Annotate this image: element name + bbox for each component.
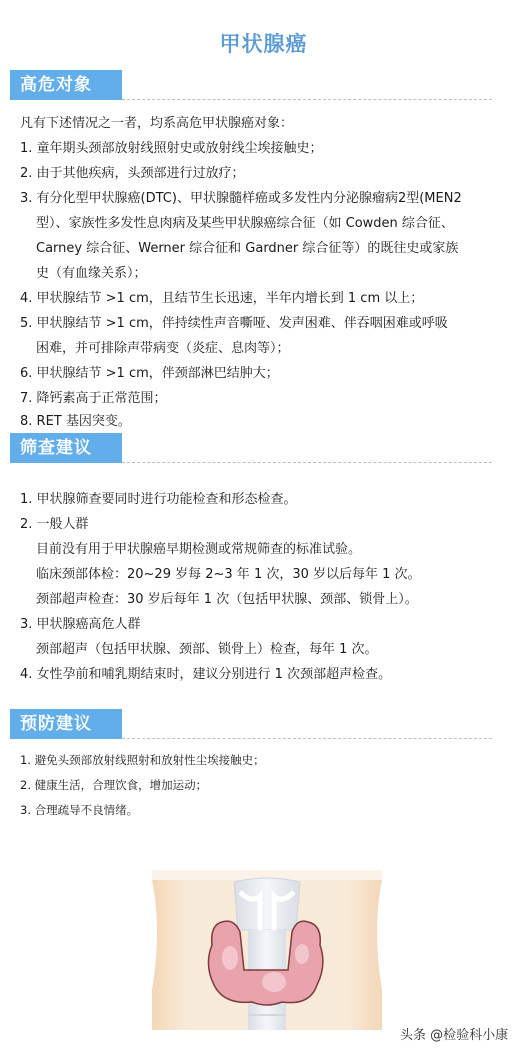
list-item: 3. 合理疏导不良情绪。 xyxy=(20,802,138,818)
list-item: 1. 甲状腺筛查要同时进行功能检查和形态检查。 xyxy=(20,488,297,507)
dashed-divider xyxy=(122,738,492,739)
section-heading-label: 高危对象 xyxy=(10,70,122,100)
list-item: 2. 由于其他疾病，头颈部进行过放疗； xyxy=(20,162,245,181)
list-item: 3. 有分化型甲状腺癌(DTC)、甲状腺髓样癌或多发性内分泌腺瘤病2型(MEN2 xyxy=(20,187,462,206)
list-item: 4. 女性孕前和哺乳期结束时，建议分别进行 1 次颈部超声检查。 xyxy=(20,663,391,682)
list-item: 3. 甲状腺癌高危人群 xyxy=(20,613,141,632)
list-item-continuation: 困难，并可排除声带病变（炎症、息肉等）； xyxy=(36,337,290,356)
list-item: 1. 童年期头颈部放射线照射史或放射线尘埃接触史； xyxy=(20,137,323,156)
list-item-detail: 颈部超声（包括甲状腺、颈部、锁骨上）检查，每年 1 次。 xyxy=(36,638,378,657)
dashed-divider xyxy=(122,462,492,463)
section-heading-prevention: 预防建议 xyxy=(10,709,492,739)
thyroid-illustration xyxy=(152,870,382,1030)
list-item-detail: 颈部超声检查：30 岁后每年 1 次（包括甲状腺、颈部、锁骨上）。 xyxy=(36,588,418,607)
list-item: 7. 降钙素高于正常范围； xyxy=(20,387,167,406)
list-item: 4. 甲状腺结节 >1 cm，且结节生长迅速，半年内增长到 1 cm 以上； xyxy=(20,287,423,306)
list-item: 2. 健康生活，合理饮食，增加运动； xyxy=(20,777,207,793)
list-item: 5. 甲状腺结节 >1 cm，伴持续性声音嘶哑、发声困难、伴吞咽困难或呼吸 xyxy=(20,312,448,331)
dashed-divider xyxy=(122,99,492,100)
list-item: 1. 避免头颈部放射线照射和放射性尘埃接触史； xyxy=(20,752,265,768)
section-heading-label: 预防建议 xyxy=(10,709,122,739)
section-heading-screening: 筛查建议 xyxy=(10,433,492,463)
list-item-continuation: 型）、家族性多发性息肉病及某些甲状腺癌综合征（如 Cowden 综合征、 xyxy=(36,212,454,231)
list-item: 6. 甲状腺结节 >1 cm，伴颈部淋巴结肿大； xyxy=(20,362,279,381)
list-item-continuation: 史（有血缘关系）； xyxy=(36,262,147,281)
section-heading-high-risk: 高危对象 xyxy=(10,70,492,100)
list-item: 8. RET 基因突变。 xyxy=(20,410,131,429)
section-heading-label: 筛查建议 xyxy=(10,433,122,463)
list-item: 2. 一般人群 xyxy=(20,513,89,532)
list-item-detail: 临床颈部体检：20~29 岁每 2~3 年 1 次，30 岁以后每年 1 次。 xyxy=(36,563,421,582)
source-watermark: 头条 @检验科小康 xyxy=(400,1024,508,1043)
page-title: 甲状腺癌 xyxy=(0,28,527,58)
thyroid-gland-icon xyxy=(152,870,382,1030)
intro-text: 凡有下述情况之一者，均系高危甲状腺癌对象： xyxy=(20,112,293,131)
list-item-continuation: Carney 综合征、Werner 综合征和 Gardner 综合征等）的既往史… xyxy=(36,237,458,256)
list-item-detail: 目前没有用于甲状腺癌早期检测或常规筛查的标准试验。 xyxy=(36,538,361,557)
